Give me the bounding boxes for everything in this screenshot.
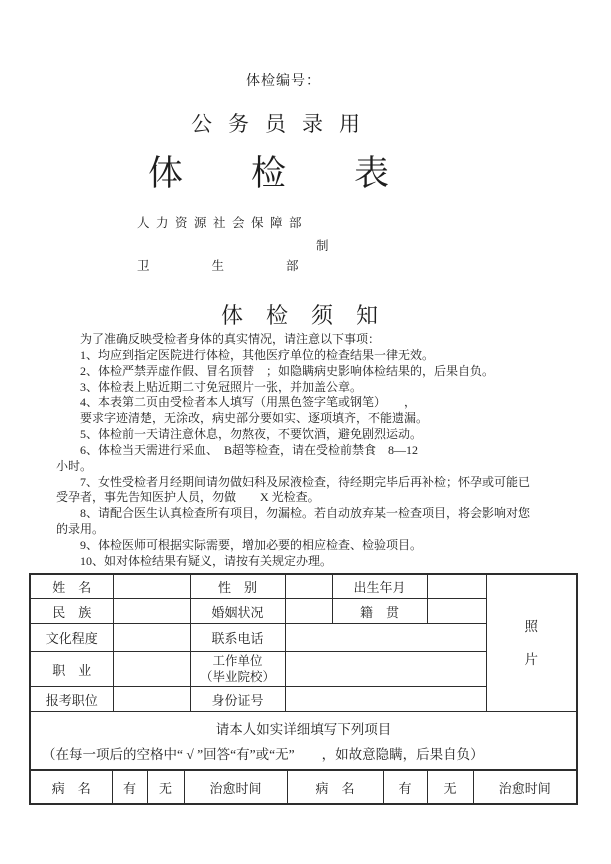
native-place-value-cell <box>427 599 486 624</box>
gender-value-cell <box>285 574 332 599</box>
yes-header-left: 有 <box>112 771 147 804</box>
marital-status-label-cell: 婚姻状况 <box>190 599 285 624</box>
photo-cell: 照 片 <box>486 574 577 712</box>
work-unit-label-cell: 工作单位 （毕业院校） <box>190 652 285 687</box>
no-header-left: 无 <box>147 771 184 804</box>
disease-name-header-left: 病 名 <box>30 771 112 804</box>
disease-name-header-right: 病 名 <box>287 771 383 804</box>
notice-item-7: 7、女性受检者月经期间请勿做妇科及尿液检查，待经期完毕后再补检；怀孕或可能已受孕… <box>56 475 538 507</box>
form-title-line1: 公务员录用 <box>191 108 376 138</box>
notice-intro: 为了准确反映受检者身体的真实情况，请注意以下事项： <box>56 332 538 348</box>
native-place-label-cell: 籍 贯 <box>332 599 427 624</box>
notice-item-2: 2、体检严禁弄虚作假、冒名顶替 ；如隐瞒病史影响体检结果的，后果自负。 <box>56 364 538 380</box>
notice-item-1: 1、均应到指定医院进行体检，其他医疗单位的检查结果一律无效。 <box>56 348 538 364</box>
yes-header-right: 有 <box>383 771 427 804</box>
birthdate-value-cell <box>427 574 486 599</box>
issuer-zhi-label: 制 <box>316 236 329 254</box>
document-page: 体检编号： 公务员录用 体检表 人力资源社会保障部 制 卫生部 体检须知 为了准… <box>0 0 611 864</box>
marital-status-value-cell <box>285 599 332 624</box>
ethnicity-value-cell <box>113 599 190 624</box>
occupation-label-cell: 职 业 <box>30 652 113 687</box>
id-number-label-cell: 身份证号 <box>190 687 285 712</box>
instruction-line-1: 请本人如实详细填写下列项目 <box>31 714 576 743</box>
notice-item-5: 5、体检前一天请注意休息，勿熬夜，不要饮酒，避免剧烈运动。 <box>56 427 538 443</box>
id-number-value-cell <box>285 687 486 712</box>
name-label-cell: 姓 名 <box>30 574 113 599</box>
issuer-ministry-health: 卫生部 <box>137 256 361 274</box>
exam-number-label: 体检编号： <box>246 70 321 90</box>
gender-label-cell: 性 别 <box>190 574 285 599</box>
issuer-ministry-hrss: 人力资源社会保障部 <box>137 213 308 231</box>
notice-item-4: 4、本表第二页由受检者本人填写（用黑色签字笔或钢笔） ， 要求字迹清楚，无涂改，… <box>56 395 538 427</box>
form-title-main: 体检表 <box>148 154 457 194</box>
work-unit-value-cell <box>285 652 486 687</box>
position-applied-label-cell: 报考职位 <box>30 687 113 712</box>
instruction-cell: 请本人如实详细填写下列项目 （在每一项后的空格中“ √ ”回答“有”或“无” ，… <box>30 712 577 771</box>
phone-value-cell <box>285 624 486 652</box>
personal-info-table: 姓 名 性 别 出生年月 照 片 民 族 婚姻状况 籍 贯 文化程度 联系电话 <box>29 573 578 805</box>
instruction-line-2: （在每一项后的空格中“ √ ”回答“有”或“无” ，如故意隐瞒，后果自负） <box>31 743 576 767</box>
notice-item-3: 3、体检表上贴近期二寸免冠照片一张，并加盖公章。 <box>56 380 538 396</box>
notice-item-10: 10、如对体检结果有疑义，请按有关规定办理。 <box>56 554 538 570</box>
ethnicity-label-cell: 民 族 <box>30 599 113 624</box>
occupation-value-cell <box>113 652 190 687</box>
position-applied-value-cell <box>113 687 190 712</box>
cure-time-header-left: 治愈时间 <box>184 771 287 804</box>
birthdate-label-cell: 出生年月 <box>332 574 427 599</box>
cure-time-header-right: 治愈时间 <box>473 771 577 804</box>
notice-title: 体检须知 <box>221 299 401 330</box>
education-label-cell: 文化程度 <box>30 624 113 652</box>
name-value-cell <box>113 574 190 599</box>
notice-section: 为了准确反映受检者身体的真实情况，请注意以下事项： 1、均应到指定医院进行体检，… <box>56 332 538 570</box>
education-value-cell <box>113 624 190 652</box>
no-header-right: 无 <box>427 771 473 804</box>
notice-item-9: 9、体检医师可根据实际需要，增加必要的相应检查、检验项目。 <box>56 538 538 554</box>
disease-header-table: 病 名 有 无 治愈时间 病 名 有 无 治愈时间 <box>29 771 578 805</box>
notice-item-6: 6、体检当天需进行采血、 B超等检查，请在受检前禁食 8—12 小时。 <box>56 443 538 475</box>
notice-item-8: 8、请配合医生认真检查所有项目，勿漏检。若自动放弃某一检查项目，将会影响对您的录… <box>56 506 538 538</box>
phone-label-cell: 联系电话 <box>190 624 285 652</box>
